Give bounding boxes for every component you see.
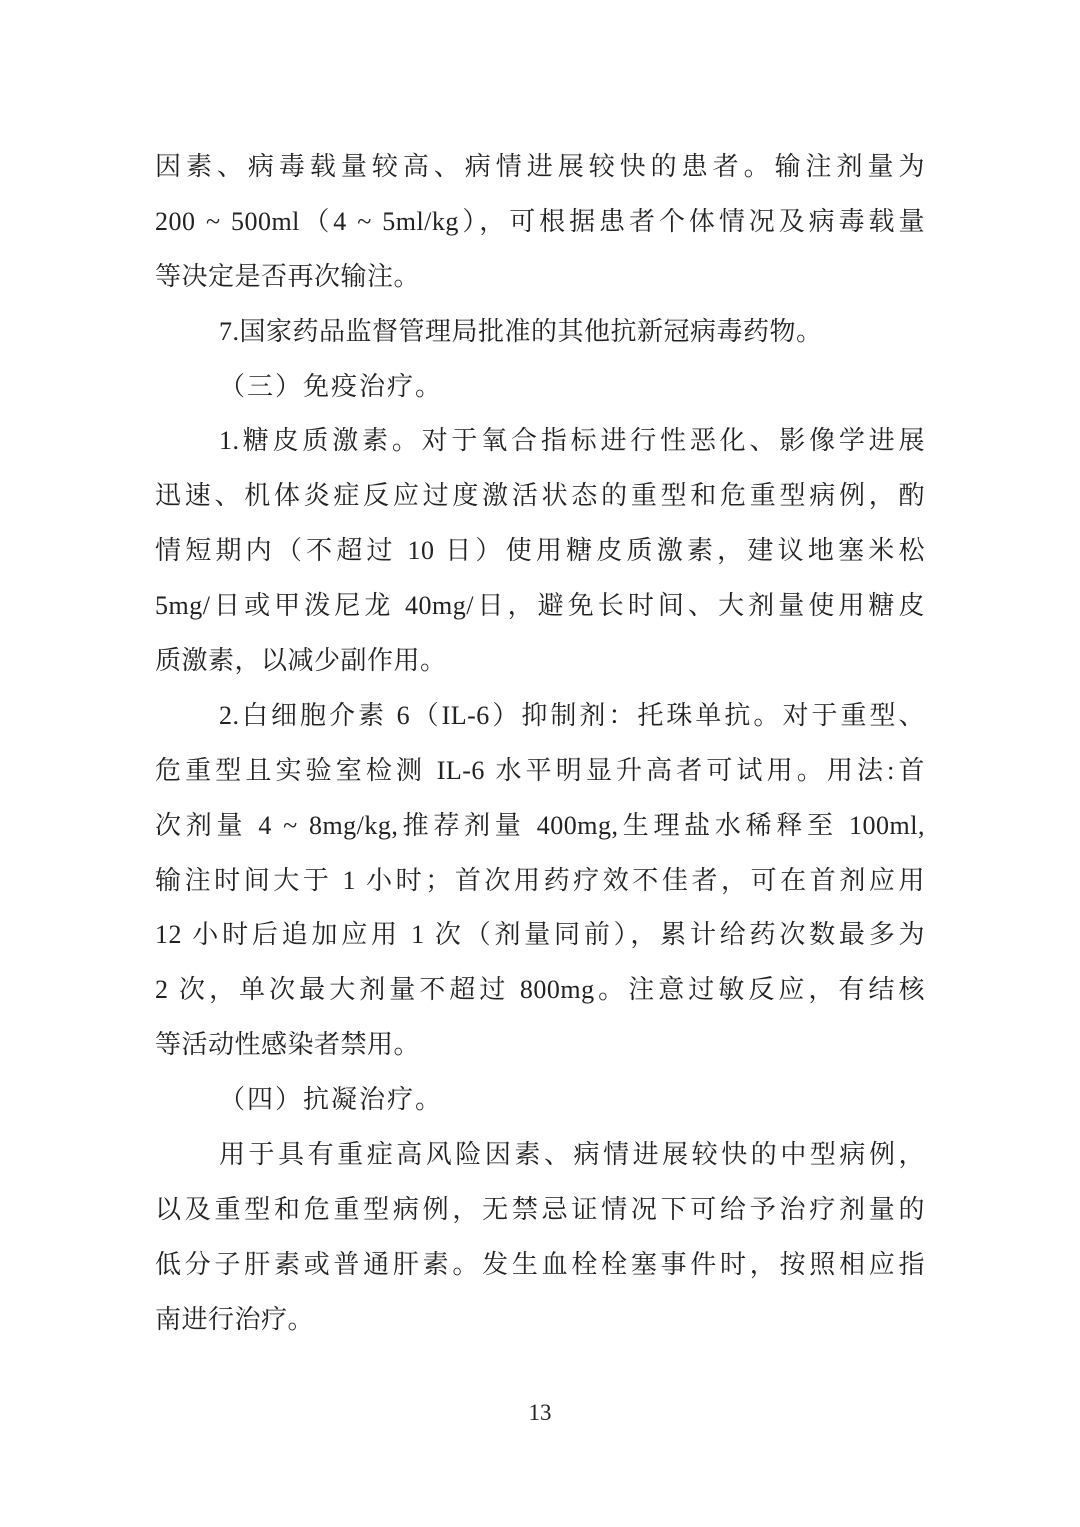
page-number: 13	[529, 1400, 552, 1425]
text-line: 等决定是否再次输注。	[155, 250, 925, 305]
text-line: 1.糖皮质激素。对于氧合指标进行性恶化、影像学进展	[155, 414, 925, 469]
text-line: 5mg/日或甲泼尼龙 40mg/日，避免长时间、大剂量使用糖皮	[155, 579, 925, 634]
text-line: 次剂量 4 ~ 8mg/kg,推荐剂量 400mg,生理盐水稀释至 100ml,	[155, 799, 925, 854]
text-line: 以及重型和危重型病例，无禁忌证情况下可给予治疗剂量的	[155, 1183, 925, 1238]
section-heading: （四）抗凝治疗。	[155, 1073, 925, 1128]
document-page: 因素、病毒载量较高、病情进展较快的患者。输注剂量为200 ~ 500ml（4 ~…	[0, 0, 1080, 1527]
document-body: 因素、病毒载量较高、病情进展较快的患者。输注剂量为200 ~ 500ml（4 ~…	[155, 140, 925, 1348]
text-line: 2.白细胞介素 6（IL-6）抑制剂：托珠单抗。对于重型、	[155, 689, 925, 744]
text-line: 200 ~ 500ml（4 ~ 5ml/kg），可根据患者个体情况及病毒载量	[155, 195, 925, 250]
text-line: 南进行治疗。	[155, 1293, 925, 1348]
text-line: 用于具有重症高风险因素、病情进展较快的中型病例，	[155, 1128, 925, 1183]
text-line: 情短期内（不超过 10 日）使用糖皮质激素，建议地塞米松	[155, 524, 925, 579]
text-line: 2 次，单次最大剂量不超过 800mg。注意过敏反应，有结核	[155, 963, 925, 1018]
text-line: 等活动性感染者禁用。	[155, 1018, 925, 1073]
text-line: 迅速、机体炎症反应过度激活状态的重型和危重型病例，酌	[155, 469, 925, 524]
text-line: 12 小时后追加应用 1 次（剂量同前），累计给药次数最多为	[155, 908, 925, 963]
text-line: 输注时间大于 1 小时；首次用药疗效不佳者，可在首剂应用	[155, 854, 925, 909]
text-line: 危重型且实验室检测 IL-6 水平明显升高者可试用。用法:首	[155, 744, 925, 799]
text-line: 质激素，以减少副作用。	[155, 634, 925, 689]
page-footer: 13	[0, 1400, 1080, 1426]
text-line: 7.国家药品监督管理局批准的其他抗新冠病毒药物。	[155, 305, 925, 360]
text-line: 低分子肝素或普通肝素。发生血栓栓塞事件时，按照相应指	[155, 1238, 925, 1293]
text-line: 因素、病毒载量较高、病情进展较快的患者。输注剂量为	[155, 140, 925, 195]
section-heading: （三）免疫治疗。	[155, 360, 925, 415]
